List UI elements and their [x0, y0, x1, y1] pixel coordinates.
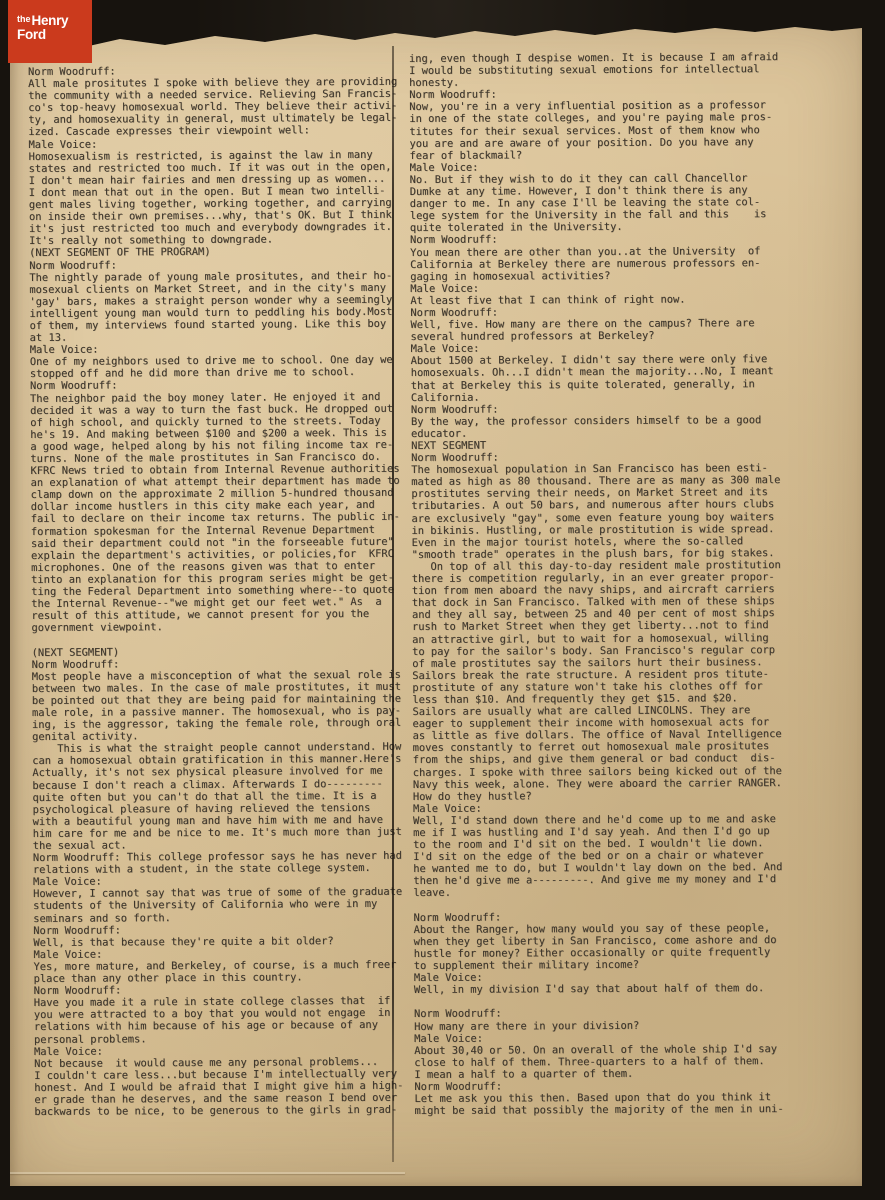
text-line: backwards to be nice, to be generous to … — [34, 1104, 410, 1118]
scanned-document-page: Norm Woodruff:All male prositutes I spok… — [0, 0, 885, 1200]
column-divider-line — [392, 46, 394, 1162]
logo-text-ford: Ford — [17, 28, 46, 41]
text-line: relations with him because of his age or… — [34, 1019, 410, 1033]
paper-crease — [10, 1172, 405, 1174]
logo-text-the: the — [17, 14, 31, 24]
text-line: might be said that possibly the majority… — [415, 1103, 873, 1117]
text-line: ing, is the aggressor, taking the female… — [32, 717, 408, 731]
transcript-right-column: ing, even though I despise women. It is … — [409, 51, 873, 1118]
henry-ford-archive-logo: theHenry Ford — [8, 0, 92, 63]
text-line: of them, my interviews found started you… — [30, 318, 406, 332]
text-line: him care for me and be nice to me. It's … — [33, 826, 409, 840]
text-line: students of the University of California… — [33, 898, 409, 912]
logo-text-henry: Henry — [32, 13, 69, 28]
paper-sheet: Norm Woodruff:All male prositutes I spok… — [10, 20, 862, 1186]
transcript-left-column: Norm Woodruff:All male prositutes I spok… — [28, 64, 410, 1118]
text-line: Yes, more mature, and Berkeley, of cours… — [33, 959, 409, 973]
